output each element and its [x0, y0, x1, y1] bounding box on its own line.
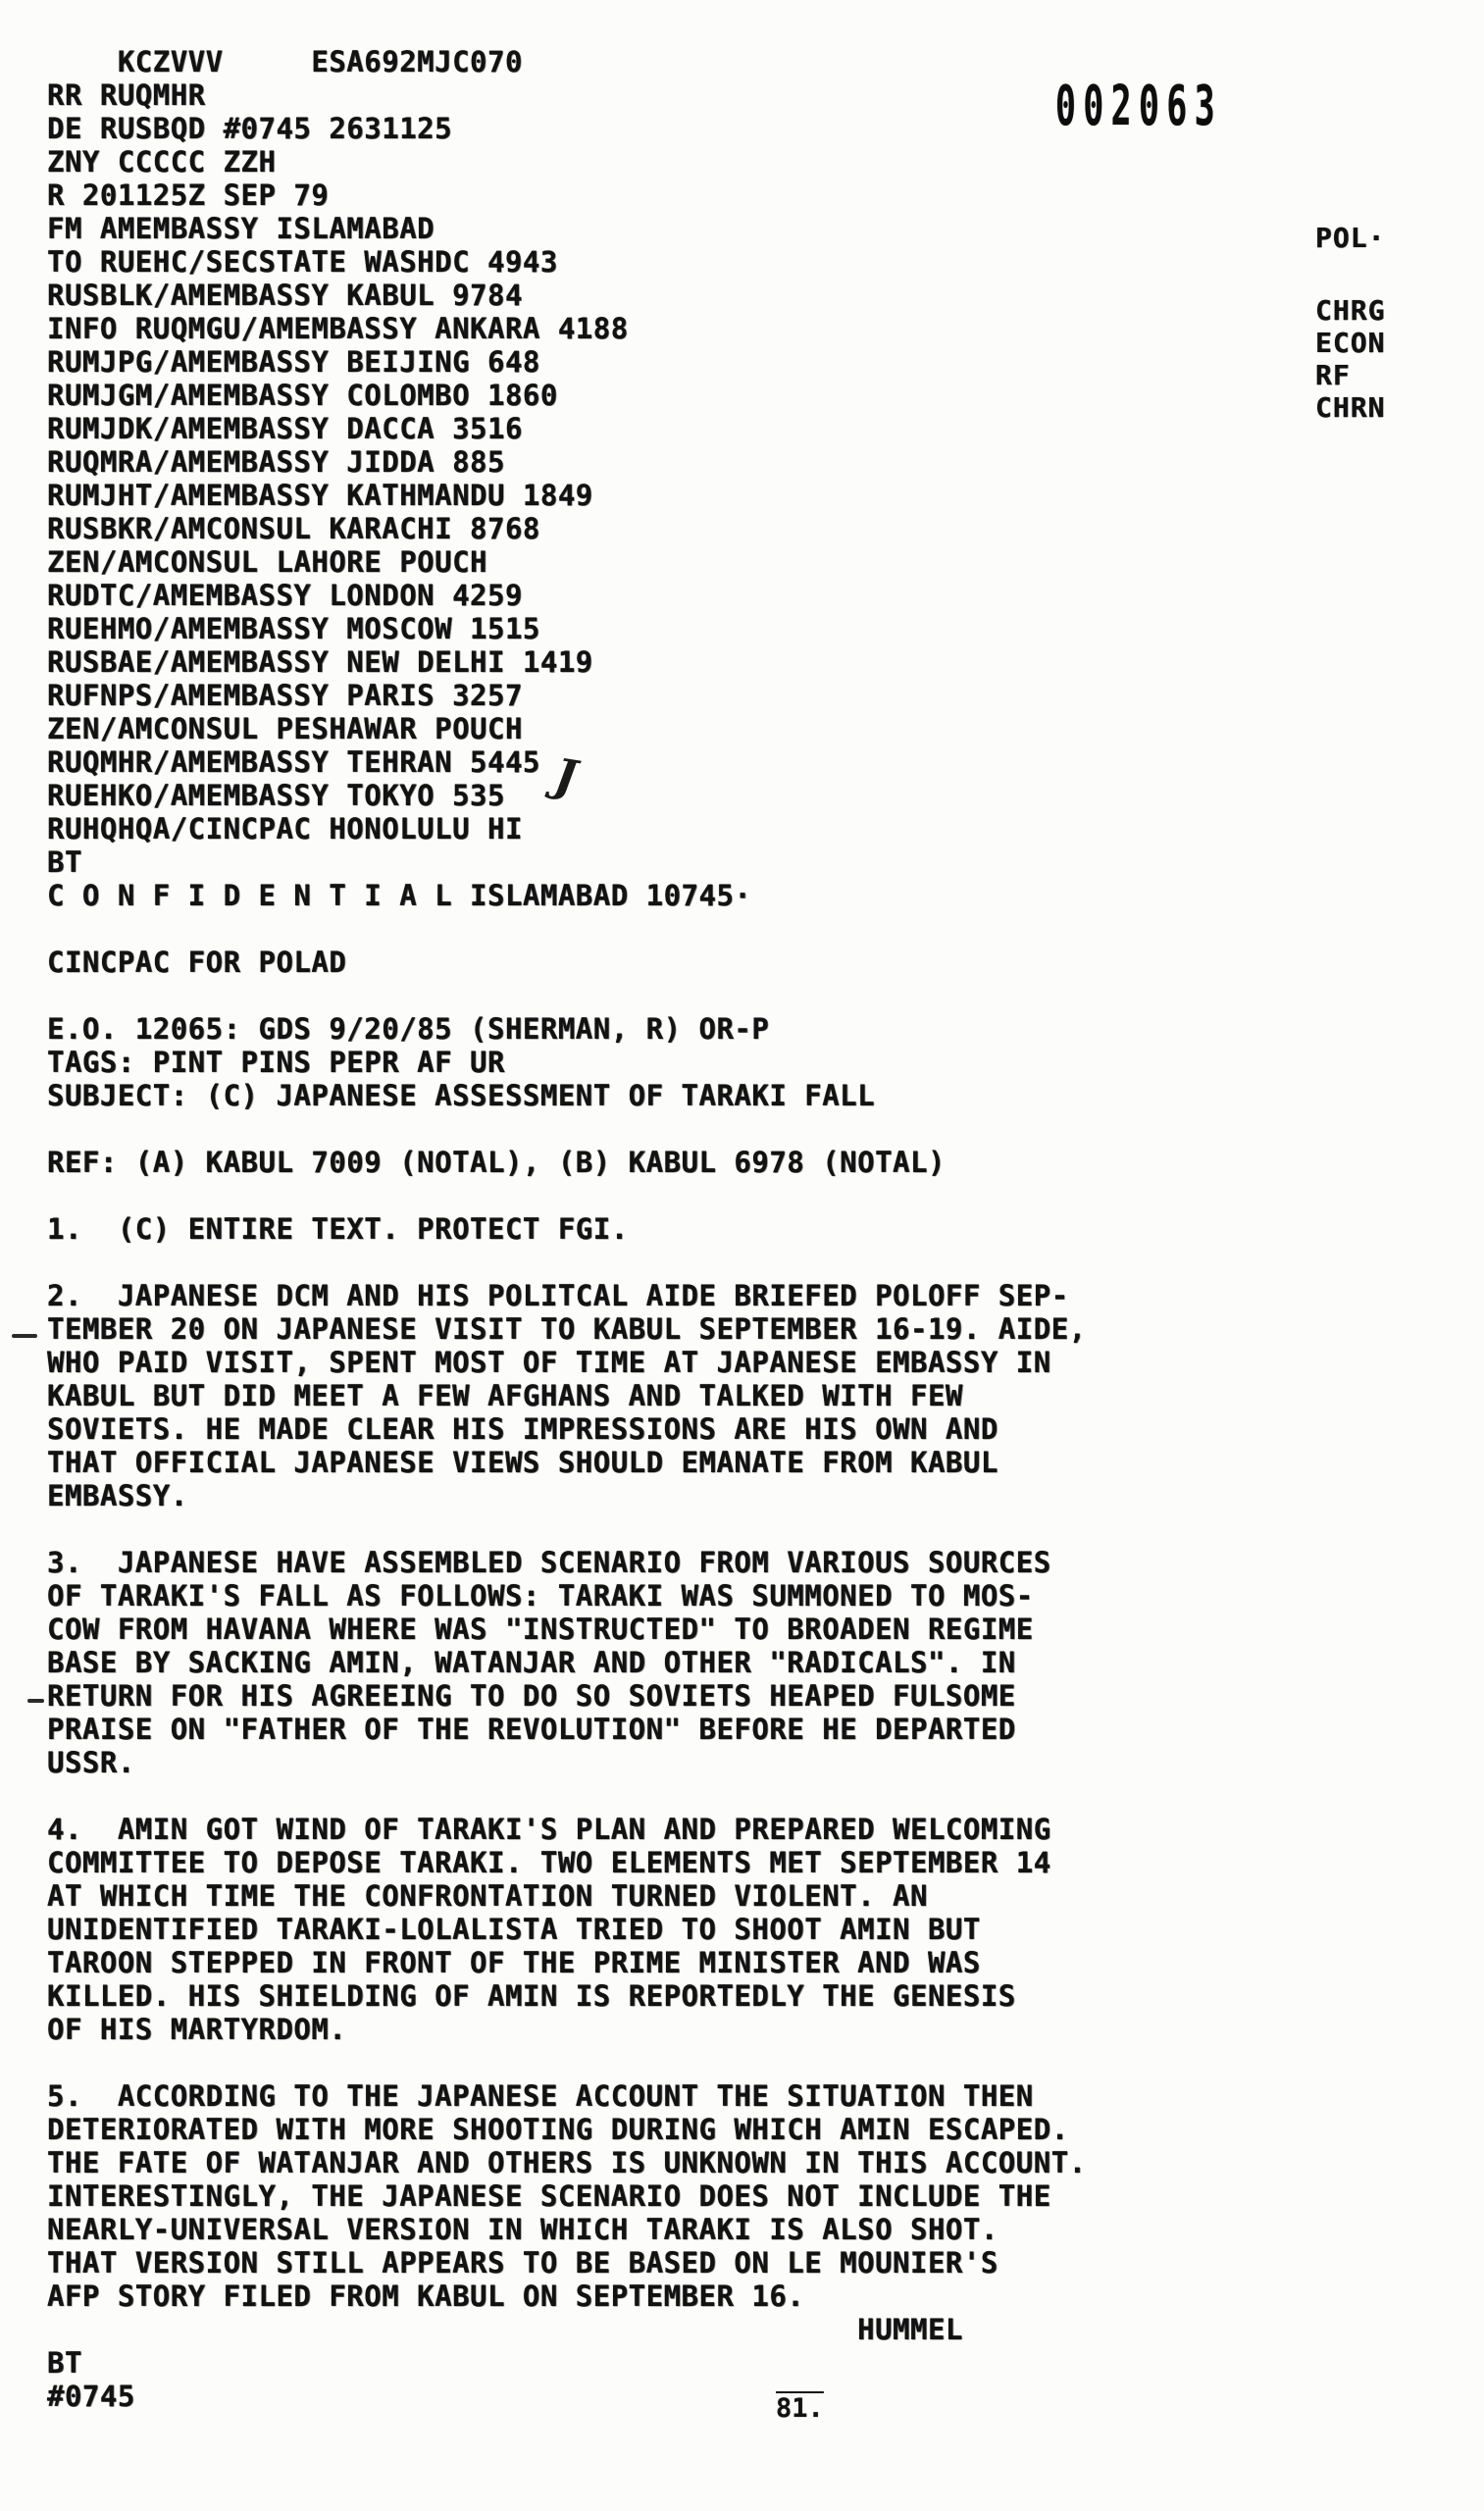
cable-line: 3. JAPANESE HAVE ASSEMBLED SCENARIO FROM… — [47, 1546, 1087, 1579]
cable-line: SOVIETS. HE MADE CLEAR HIS IMPRESSIONS A… — [47, 1412, 1087, 1446]
cable-line: KABUL BUT DID MEET A FEW AFGHANS AND TAL… — [47, 1379, 1087, 1412]
cable-line: RUMJDK/AMEMBASSY DACCA 3516 — [47, 412, 1087, 445]
cable-line — [47, 1179, 1087, 1212]
cable-line: TEMBER 20 ON JAPANESE VISIT TO KABUL SEP… — [47, 1312, 1087, 1346]
cable-line: R 201125Z SEP 79 — [47, 179, 1087, 212]
margin-note: CHRG — [1315, 294, 1385, 327]
cable-line: RUSBKR/AMCONSUL KARACHI 8768 — [47, 512, 1087, 545]
cable-line: OF HIS MARTYRDOM. — [47, 2013, 1087, 2046]
cable-line: RETURN FOR HIS AGREEING TO DO SO SOVIETS… — [47, 1679, 1087, 1713]
cable-line: RUSBAE/AMEMBASSY NEW DELHI 1419 — [47, 645, 1087, 679]
margin-note-pol: POL· — [1315, 222, 1385, 254]
cable-line: RR RUQMHR — [47, 78, 1087, 112]
cable-line: KCZVVV ESA692MJC070 — [47, 45, 1087, 78]
cable-line: BT — [47, 2346, 1087, 2380]
cable-line: ZEN/AMCONSUL PESHAWAR POUCH — [47, 712, 1087, 745]
cable-line: THAT VERSION STILL APPEARS TO BE BASED O… — [47, 2246, 1087, 2280]
cable-line: FM AMEMBASSY ISLAMABAD — [47, 212, 1087, 245]
cable-line: HUMMEL — [47, 2313, 1087, 2346]
cable-line: BASE BY SACKING AMIN, WATANJAR AND OTHER… — [47, 1646, 1087, 1679]
cable-line: INFO RUQMGU/AMEMBASSY ANKARA 4188 — [47, 312, 1087, 345]
cable-line: RUHQHQA/CINCPAC HONOLULU HI — [47, 812, 1087, 846]
cable-line: RUDTC/AMEMBASSY LONDON 4259 — [47, 579, 1087, 612]
cable-line: COMMITTEE TO DEPOSE TARAKI. TWO ELEMENTS… — [47, 1846, 1087, 1879]
cable-line: EMBASSY. — [47, 1479, 1087, 1512]
cable-line: UNIDENTIFIED TARAKI-LOLALISTA TRIED TO S… — [47, 1913, 1087, 1946]
cable-line: THE FATE OF WATANJAR AND OTHERS IS UNKNO… — [47, 2146, 1087, 2179]
stray-ink-mark — [12, 1334, 37, 1338]
cable-line: TAROON STEPPED IN FRONT OF THE PRIME MIN… — [47, 1946, 1087, 1979]
cable-line: DE RUSBQD #0745 2631125 — [47, 112, 1087, 145]
cable-line: AFP STORY FILED FROM KABUL ON SEPTEMBER … — [47, 2280, 1087, 2313]
cable-line — [47, 1112, 1087, 1146]
cable-line: RUSBLK/AMEMBASSY KABUL 9784 — [47, 279, 1087, 312]
cable-line: C O N F I D E N T I A L ISLAMABAD 10745· — [47, 879, 1087, 912]
cable-line: CINCPAC FOR POLAD — [47, 946, 1087, 979]
cable-line: E.O. 12065: GDS 9/20/85 (SHERMAN, R) OR-… — [47, 1012, 1087, 1046]
cable-line: COW FROM HAVANA WHERE WAS "INSTRUCTED" T… — [47, 1613, 1087, 1646]
cable-line: RUEHMO/AMEMBASSY MOSCOW 1515 — [47, 612, 1087, 645]
cable-line: TO RUEHC/SECSTATE WASHDC 4943 — [47, 245, 1087, 279]
margin-note: CHRN — [1315, 391, 1385, 424]
cable-line: RUQMRA/AMEMBASSY JIDDA 885 — [47, 445, 1087, 479]
margin-note: ECON — [1315, 327, 1385, 359]
cable-line: 5. ACCORDING TO THE JAPANESE ACCOUNT THE… — [47, 2079, 1087, 2113]
cable-line: TAGS: PINT PINS PEPR AF UR — [47, 1046, 1087, 1079]
cable-line: RUMJGM/AMEMBASSY COLOMBO 1860 — [47, 379, 1087, 412]
cable-line: ZNY CCCCC ZZH — [47, 145, 1087, 179]
cable-line: 1. (C) ENTIRE TEXT. PROTECT FGI. — [47, 1212, 1087, 1246]
cable-line: INTERESTINGLY, THE JAPANESE SCENARIO DOE… — [47, 2179, 1087, 2213]
cable-text: KCZVVV ESA692MJC070RR RUQMHRDE RUSBQD #0… — [47, 45, 1087, 2413]
page-number: 81. — [776, 2393, 824, 2424]
cable-line: AT WHICH TIME THE CONFRONTATION TURNED V… — [47, 1879, 1087, 1913]
margin-note: RF — [1315, 359, 1385, 391]
cable-line: KILLED. HIS SHIELDING OF AMIN IS REPORTE… — [47, 1979, 1087, 2013]
cable-line: ZEN/AMCONSUL LAHORE POUCH — [47, 545, 1087, 579]
cable-line: OF TARAKI'S FALL AS FOLLOWS: TARAKI WAS … — [47, 1579, 1087, 1613]
cable-line: 2. JAPANESE DCM AND HIS POLITCAL AIDE BR… — [47, 1279, 1087, 1312]
cable-line — [47, 979, 1087, 1012]
cable-line — [47, 1246, 1087, 1279]
cable-line — [47, 1512, 1087, 1546]
cable-line: NEARLY-UNIVERSAL VERSION IN WHICH TARAKI… — [47, 2213, 1087, 2246]
cable-line: DETERIORATED WITH MORE SHOOTING DURING W… — [47, 2113, 1087, 2146]
cable-line: RUFNPS/AMEMBASSY PARIS 3257 — [47, 679, 1087, 712]
cable-line — [47, 912, 1087, 946]
cable-line: WHO PAID VISIT, SPENT MOST OF TIME AT JA… — [47, 1346, 1087, 1379]
cable-line: RUMJPG/AMEMBASSY BEIJING 648 — [47, 345, 1087, 379]
cable-line: #0745 — [47, 2380, 1087, 2413]
cable-line: 4. AMIN GOT WIND OF TARAKI'S PLAN AND PR… — [47, 1813, 1087, 1846]
cable-line — [47, 1779, 1087, 1813]
cable-line: RUMJHT/AMEMBASSY KATHMANDU 1849 — [47, 479, 1087, 512]
cable-line: USSR. — [47, 1746, 1087, 1779]
cable-line: PRAISE ON "FATHER OF THE REVOLUTION" BEF… — [47, 1713, 1087, 1746]
cable-line: THAT OFFICIAL JAPANESE VIEWS SHOULD EMAN… — [47, 1446, 1087, 1479]
cable-line: REF: (A) KABUL 7009 (NOTAL), (B) KABUL 6… — [47, 1146, 1087, 1179]
cable-line: SUBJECT: (C) JAPANESE ASSESSMENT OF TARA… — [47, 1079, 1087, 1112]
cable-line: BT — [47, 846, 1087, 879]
margin-routing-notes: CHRGECONRFCHRN — [1315, 294, 1385, 424]
document-page: 002063 POL· CHRGECONRFCHRN KCZVVV ESA692… — [0, 0, 1484, 2511]
cable-line — [47, 2046, 1087, 2079]
stray-ink-mark — [27, 1699, 44, 1703]
